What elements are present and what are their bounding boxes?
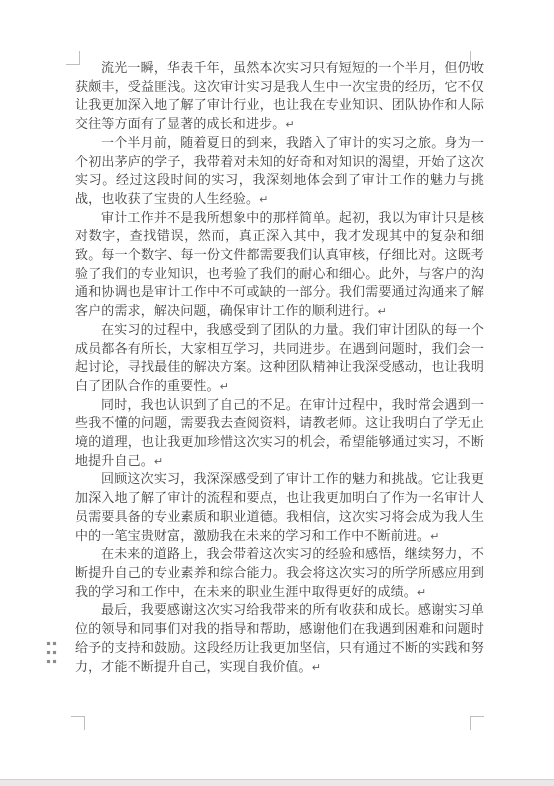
paragraph-text: 在实习的过程中，我感受到了团队的力量。我们审计团队的每一个成员都各有所长，大家相… bbox=[75, 323, 484, 394]
document-body[interactable]: 流光一瞬，华表千年，虽然本次实习只有短短的一个半月，但仍收获颇丰，受益匪浅。这次… bbox=[75, 60, 484, 677]
paragraph[interactable]: 一个半月前，随着夏日的到来，我踏入了审计的实习之旅。身为一个初出茅庐的学子，我带… bbox=[75, 135, 484, 210]
paragraph[interactable]: 在未来的道路上，我会带着这次实习的经验和感悟，继续努力，不断提升自己的专业素养和… bbox=[75, 546, 484, 602]
paragraph-mark-icon: ↵ bbox=[417, 586, 426, 599]
paragraph[interactable]: 最后，我要感谢这次实习给我带来的所有收获和成长。感谢实习单位的领导和同事们对我的… bbox=[75, 602, 484, 677]
paragraph[interactable]: 审计工作并不是我所想象中的那样简单。起初，我以为审计只是核对数字，查找错误，然而… bbox=[75, 210, 484, 322]
paragraph-mark-icon: ↵ bbox=[154, 455, 163, 468]
paragraph-mark-icon: ↵ bbox=[312, 661, 321, 674]
paragraph-drag-handle-icon[interactable] bbox=[47, 642, 56, 663]
paragraph-text: 最后，我要感谢这次实习给我带来的所有收获和成长。感谢实习单位的领导和同事们对我的… bbox=[75, 603, 484, 674]
paragraph-text: 流光一瞬，华表千年，虽然本次实习只有短短的一个半月，但仍收获颇丰，受益匪浅。这次… bbox=[75, 61, 484, 132]
paragraph-text: 回顾这次实习，我深深感受到了审计工作的魅力和挑战。它让我更加深入地了解了审计的流… bbox=[75, 472, 484, 543]
page-bottom-gap bbox=[0, 779, 554, 786]
paragraph[interactable]: 同时，我也认识到了自己的不足。在审计过程中，我时常会遇到一些我不懂的问题，需要我… bbox=[75, 397, 484, 472]
document-page: 流光一瞬，华表千年，虽然本次实习只有短短的一个半月，但仍收获颇丰，受益匪浅。这次… bbox=[0, 0, 554, 786]
paragraph[interactable]: 在实习的过程中，我感受到了团队的力量。我们审计团队的每一个成员都各有所长，大家相… bbox=[75, 322, 484, 397]
paragraph-text: 审计工作并不是我所想象中的那样简单。起初，我以为审计只是核对数字，查找错误，然而… bbox=[75, 211, 484, 320]
paragraph-mark-icon: ↵ bbox=[377, 305, 386, 318]
paragraph-text: 一个半月前，随着夏日的到来，我踏入了审计的实习之旅。身为一个初出茅庐的学子，我带… bbox=[75, 136, 484, 207]
paragraph-mark-icon: ↵ bbox=[430, 530, 439, 543]
paragraph-mark-icon: ↵ bbox=[259, 193, 268, 206]
paragraph-mark-icon: ↵ bbox=[220, 380, 229, 393]
paragraph[interactable]: 流光一瞬，华表千年，虽然本次实习只有短短的一个半月，但仍收获颇丰，受益匪浅。这次… bbox=[75, 60, 484, 135]
paragraph-mark-icon: ↵ bbox=[285, 118, 294, 131]
paragraph-text: 同时，我也认识到了自己的不足。在审计过程中，我时常会遇到一些我不懂的问题，需要我… bbox=[75, 398, 484, 469]
crop-mark-bottom-left bbox=[71, 716, 85, 730]
paragraph[interactable]: 回顾这次实习，我深深感受到了审计工作的魅力和挑战。它让我更加深入地了解了审计的流… bbox=[75, 471, 484, 546]
crop-mark-bottom-right bbox=[470, 716, 484, 730]
